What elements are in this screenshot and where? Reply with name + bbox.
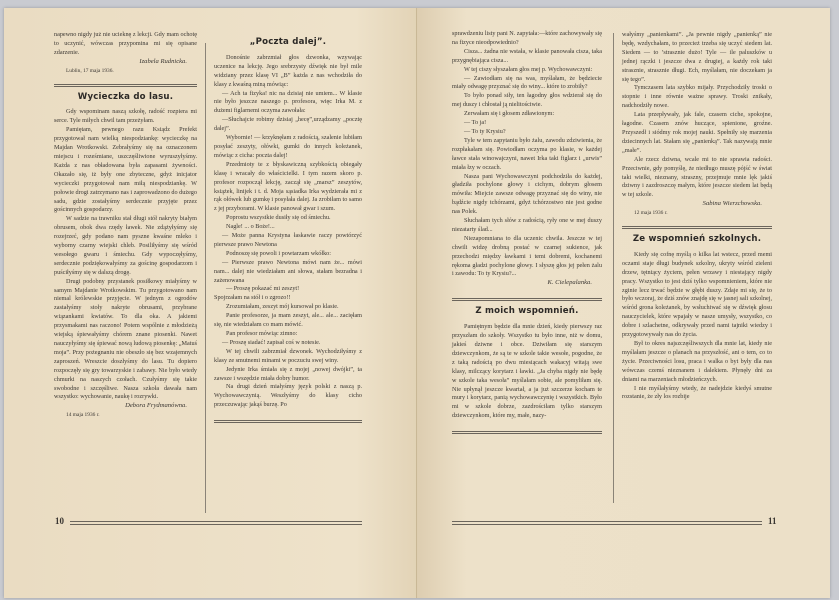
paragraph: — To ja!: [452, 119, 602, 128]
paragraph: —Słuchajcie robimy dzisiaj „hecę”,urządz…: [214, 116, 362, 134]
article-signature: K. Cielepalanka.: [452, 279, 602, 288]
paragraph: Nagle! ... o Boże!...: [214, 223, 362, 232]
paragraph: wałyśmy „panienkami”. „Ja pewnie nigdy „…: [622, 31, 772, 84]
paragraph: Pamiętam, pewnego razu Ksiądz Prefekt pr…: [54, 126, 197, 215]
section-divider: [214, 420, 362, 423]
column-2: „Poczta dalej”. Donośnie zabrzmiał głos …: [214, 35, 362, 423]
paragraph: Pan profesor mówiąc zimno:: [214, 330, 362, 339]
column-4: wałyśmy „panienkami”. „Ja pewnie nigdy „…: [622, 31, 772, 402]
section-divider: [452, 431, 602, 434]
paragraph: Na drugi dzień miałyśmy język polski z n…: [214, 383, 362, 410]
paragraph: Gdy wspominam naszą szkołę, radość rozpi…: [54, 108, 197, 126]
article-signature: Sabina Wierzchowska.: [622, 200, 772, 209]
paragraph: Niezapomniana to dla uczenic chwila. Jes…: [452, 235, 602, 280]
paragraph: Podnoszę się powoli i powtarzam wkółko:: [214, 250, 362, 259]
paragraph: I nie myślałyśmy wtedy, że nadejdzie kie…: [622, 385, 772, 403]
intro-dateline: Lublin, 17 maja 1936.: [54, 67, 197, 76]
section-divider: [54, 84, 197, 87]
section-divider: [622, 226, 772, 229]
intro-text: napewno nigdy już nie ucieknę z lekcji. …: [54, 31, 197, 58]
paragraph: — Zawiodłam się na was, myślałam, że będ…: [452, 75, 602, 93]
paragraph: Tyle w tem zapytaniu było żalu, zawodu z…: [452, 137, 602, 173]
column-3: sprawdzeniu listy pani N. zapytała:—któr…: [452, 30, 602, 434]
magazine-spread: napewno nigdy już nie ucieknę z lekcji. …: [4, 8, 830, 598]
article-title-z-moich-wspomnien: Z moich wspomnień.: [452, 307, 602, 316]
paragraph: W tej chwili zabrzmiał dzwonek. Wychodzi…: [214, 348, 362, 366]
paragraph: Lata przepływały, jak fale, czasem ciche…: [622, 111, 772, 156]
section-divider: [452, 298, 602, 301]
paragraph: Donośnie zabrzmiał głos dzwonka, wzywają…: [214, 54, 362, 90]
left-page: napewno nigdy już nie ucieknę z lekcji. …: [4, 8, 417, 598]
paragraph: Spojrzałam na stół i o zgrozo!!: [214, 294, 362, 303]
paragraph: To było ponad siły, ten łagodny głos wdz…: [452, 92, 602, 110]
paragraph: — Może panna Krystyna łaskawie raczy pow…: [214, 232, 362, 250]
right-page: sprawdzeniu listy pani N. zapytała:—któr…: [417, 8, 830, 598]
paragraph: Ale rzecz dziwna, wcale mi to nie sprawi…: [622, 156, 772, 201]
column-divider: [205, 43, 206, 513]
paragraph: Poprostu wszystkie dusiły się od śmiechu…: [214, 214, 362, 223]
paragraph: W sadzie na trawniku stał długi stół nak…: [54, 215, 197, 277]
article-title-poczta: „Poczta dalej”.: [214, 38, 362, 47]
intro-signature: Izabela Rudnicka.: [54, 58, 197, 67]
page-number-right: 11: [768, 516, 777, 526]
paragraph: — To ty Krysiu?: [452, 128, 602, 137]
paragraph: Wybornie! — krzyknęłam z radością, szale…: [214, 134, 362, 161]
paragraph: Drugi podobny przystanek posiłkowy miały…: [54, 278, 197, 403]
column-1: napewno nigdy już nie ucieknę z lekcji. …: [54, 31, 197, 420]
paragraph: Był to okres najszczęśliwszych dla mnie …: [622, 340, 772, 385]
article-title-wycieczka: Wycieczka do lasu.: [54, 93, 197, 102]
article-dateline: 12 maja 1936 r.: [622, 209, 772, 218]
footer-rule-left: [70, 521, 362, 525]
paragraph: — Proszę siadać! zapisał coś w notesie.: [214, 339, 362, 348]
paragraph: — Pierwsze prawo Newtona mówi nam że... …: [214, 259, 362, 286]
paragraph: Zerwałam się i głosem zdławionym:: [452, 110, 602, 119]
article-title-ze-wspomnien-szkolnych: Ze wspomnień szkolnych.: [622, 235, 772, 244]
paragraph: Tymczasem lata szybko mijały. Przychodzi…: [622, 84, 772, 111]
paragraph: Kiedy się cofnę myślą o kilka lat wstecz…: [622, 251, 772, 340]
article-signature: Debora Frydmanówna.: [54, 402, 197, 411]
paragraph: Pamiętnym będzie dla mnie dzień, kiedy p…: [452, 323, 602, 421]
article-dateline: 14 maja 1936 r.: [54, 411, 197, 420]
page-number-left: 10: [55, 516, 64, 526]
column-divider: [613, 33, 614, 503]
paragraph: sprawdzeniu listy pani N. zapytała:—któr…: [452, 30, 602, 48]
paragraph: Panie profesorze, ja mam zeszyt, ale... …: [214, 312, 362, 330]
paragraph: W tej ciszy słyszałam głos mej p. Wychow…: [452, 66, 602, 75]
paragraph: Słuchałam tych słów z radością, ryły one…: [452, 217, 602, 235]
paragraph: — Proszę pokazać mi zeszyt!: [214, 285, 362, 294]
paragraph: Jedynie Irka śmiała się z mojej „nowej d…: [214, 366, 362, 384]
footer-rule-right: [452, 521, 762, 525]
paragraph: Zrozumiałam, zeszyt mój kursował po klas…: [214, 303, 362, 312]
paragraph: Nasza pani Wychowawczyni podchodziła do …: [452, 173, 602, 218]
paragraph: Przedmioty te z błyskawiczną szybkością …: [214, 161, 362, 214]
paragraph: — Ach ta fizyka! nic na dzisiaj nie umie…: [214, 90, 362, 117]
paragraph: Cisza... żadna nie wstała, w klasie pano…: [452, 48, 602, 66]
